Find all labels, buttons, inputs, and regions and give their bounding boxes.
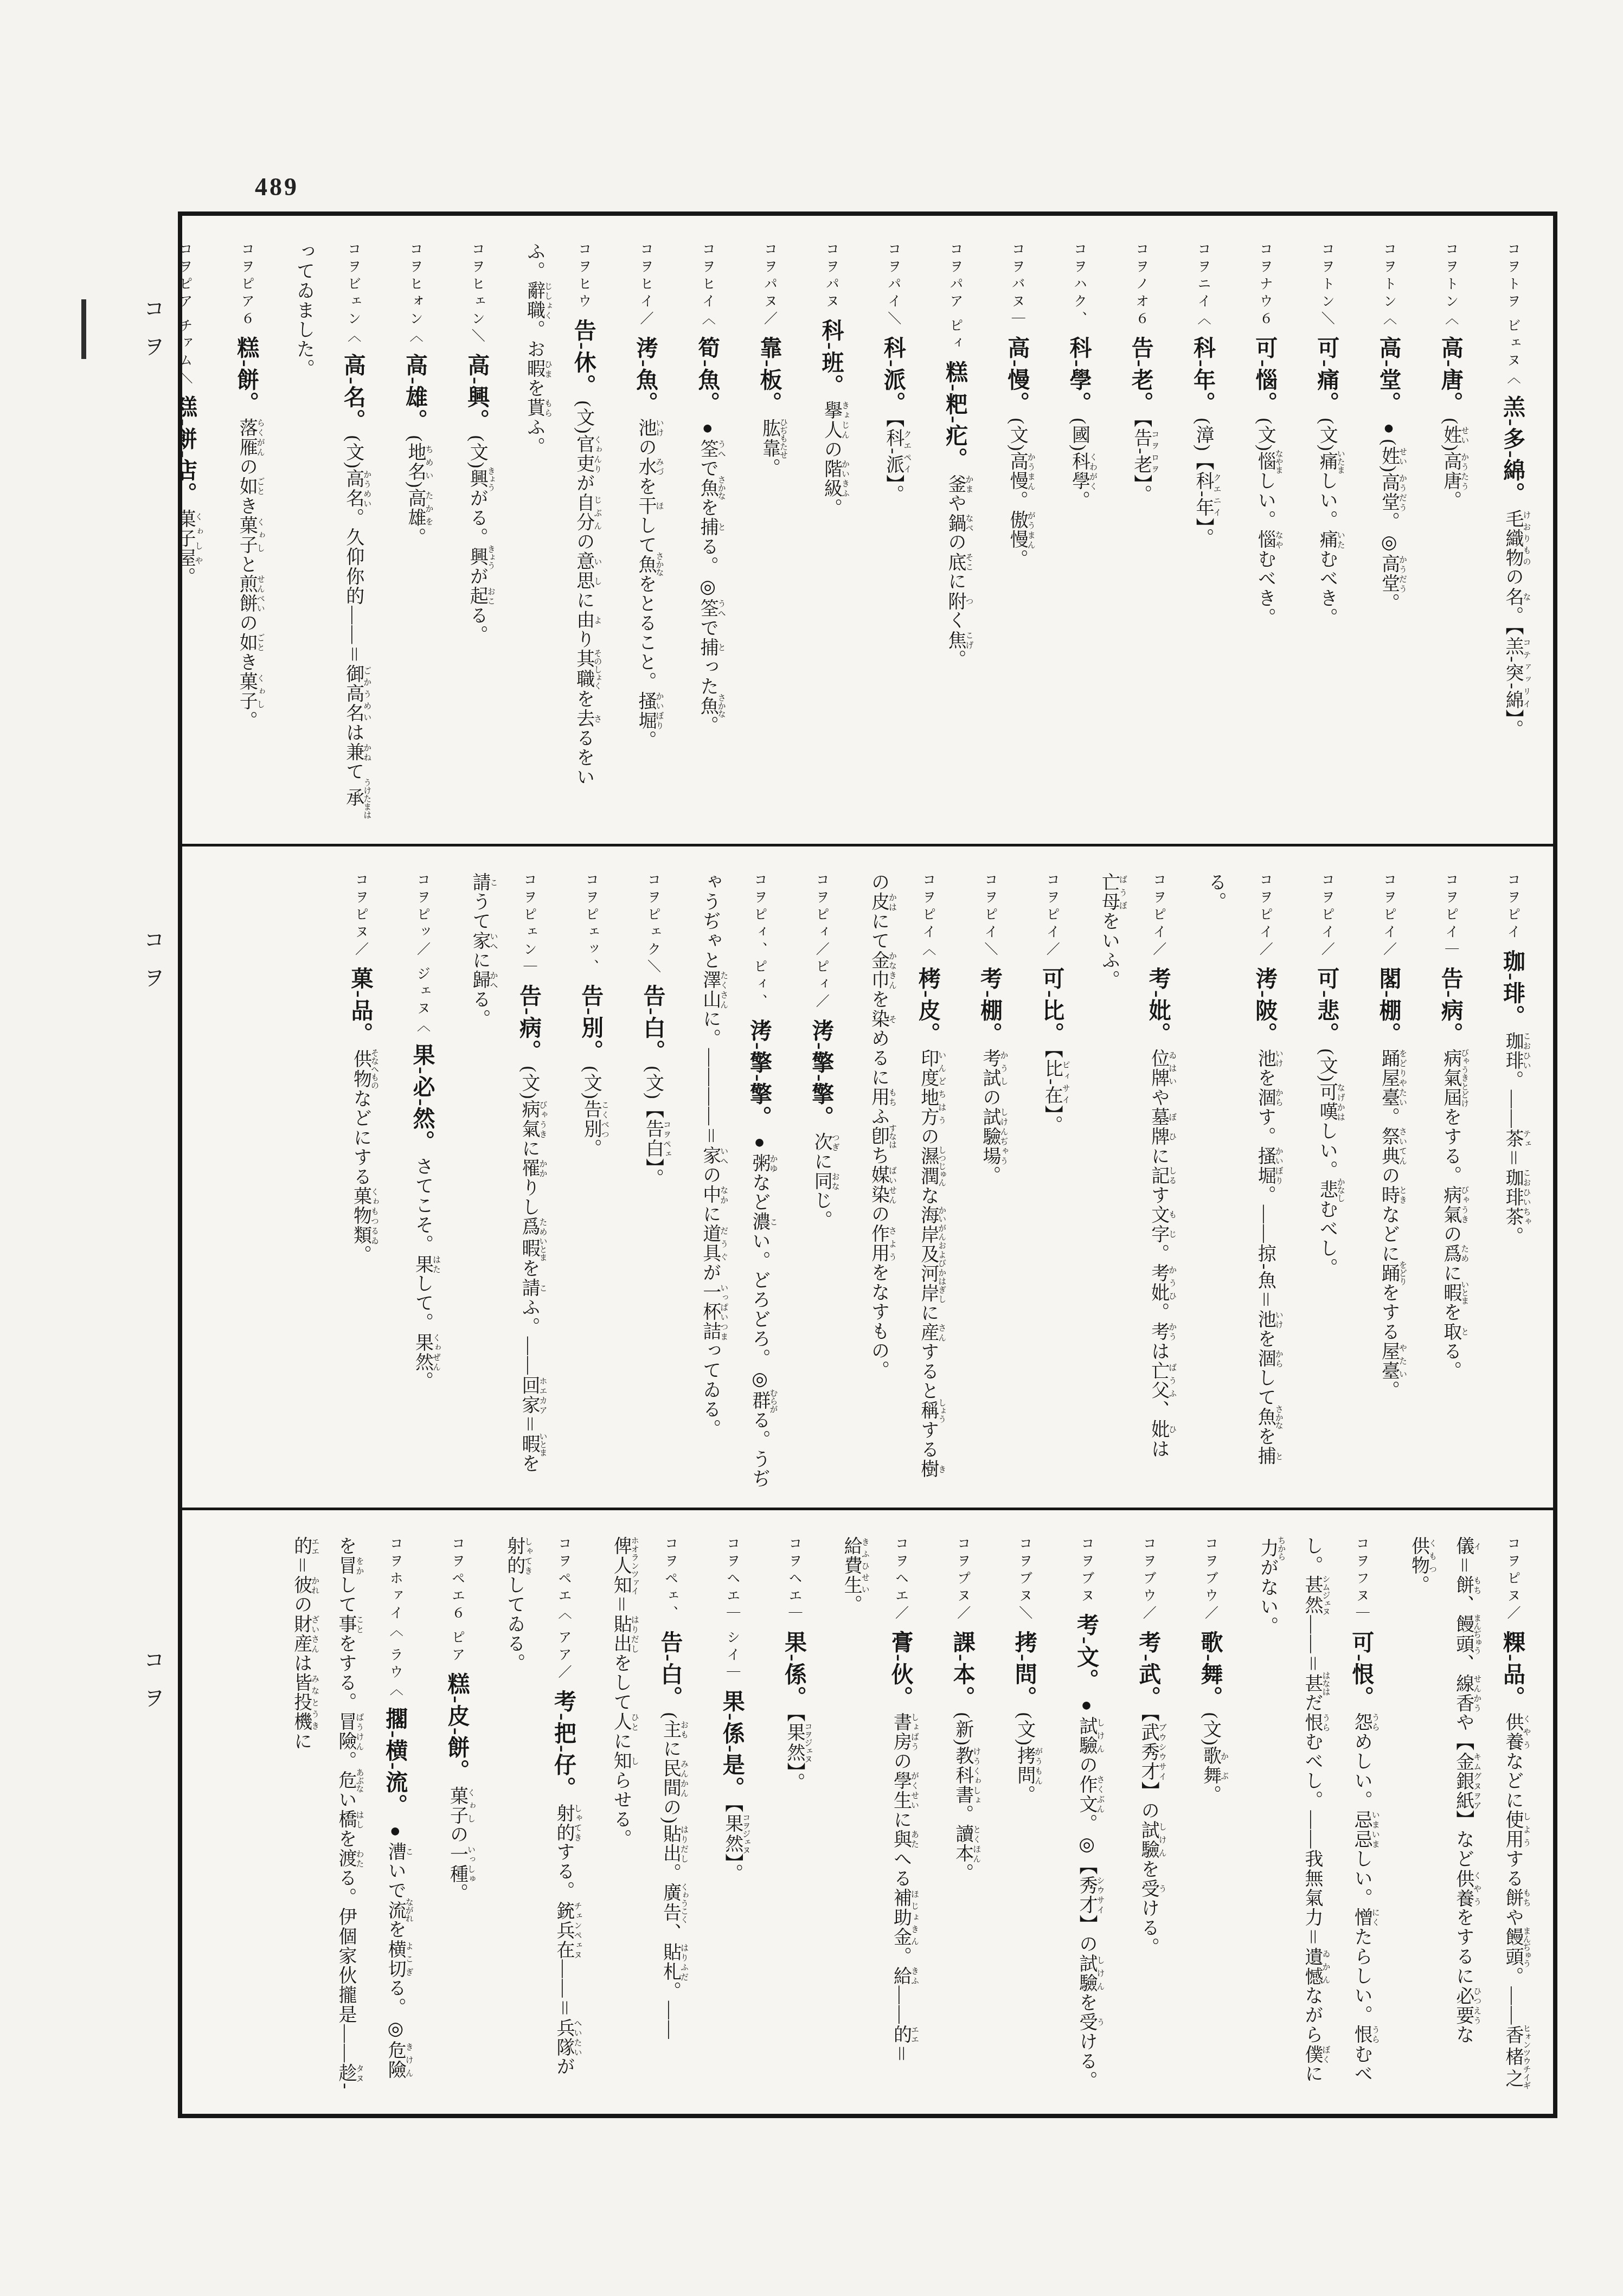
entry-reading: コヲホァイ〈 ラウ〈 xyxy=(388,1536,402,1707)
entry-headword: 羔-多-綿。 xyxy=(1500,395,1525,509)
entry-reading: コヲパア ピィ xyxy=(948,242,963,361)
entry-definition: (文)惱なやましい。惱なやむべき。 xyxy=(1255,418,1275,628)
entry-reading: コヲナウ６ xyxy=(1258,242,1272,336)
entry-reading: コヲトン〈 xyxy=(1444,242,1458,336)
entry-reading: コヲピイ／ xyxy=(1044,873,1059,967)
entry-definition: 落雁らくがんの如ごとき菓子くゎしと煎餅せんべいの如ごとき菓子くゎし。 xyxy=(236,418,256,730)
dict-entry: コヲピイ珈-琲。珈琲こおひい。――茶テェ＝珈琲茶こおひいちゃ。 xyxy=(1485,873,1539,1489)
entry-definition: 毛織物けおりものの名な。【羔-突-綿コテァッリイ】。 xyxy=(1503,509,1523,740)
dict-entry: コヲピェン｜告-病。(文)病氣びゃうきに罹かかりし爲ため暇いとまを請こふ。――回… xyxy=(457,873,555,1489)
entry-definition: 【科-派クエペイ】。 xyxy=(883,418,903,504)
entry-reading: コヲピェク＼ xyxy=(646,873,660,984)
entry-headword: 果-係-是。 xyxy=(720,1690,745,1803)
entry-reading: コヲトン＼ xyxy=(1319,242,1334,336)
dict-entry: コヲヒイ／洘-魚。池いけの水みづを干ほして魚さかなをとること。搔堀かいぼり。 xyxy=(618,242,672,825)
dict-entry: コヲパヌ／靠-板。肱靠ひぢもたせ。 xyxy=(742,242,796,825)
entry-headword: 洘-擎-擎。 xyxy=(809,1019,833,1132)
entry-reading: コヲピイ／ xyxy=(1382,873,1396,967)
entry-reading: コヲパヌ xyxy=(824,242,839,319)
entry-reading: コヲピェッ、 xyxy=(583,873,598,984)
entry-reading: コヲブウ／ xyxy=(1141,1536,1156,1631)
dict-entry: コヲペエ〈 アア／考-把-仔。射的しゃてきする。銃兵在チェンペェヌ――＝兵隊へい… xyxy=(492,1536,590,2095)
dict-entry: コヲブヌ考-文。●試驗しけんの作文さくぶん。◎【秀才シウサイ】の試驗しけんを受う… xyxy=(1059,1536,1113,2095)
entry-reading: コヲハク、 xyxy=(1072,242,1086,336)
entry-headword: 考-妣。 xyxy=(1146,967,1171,1049)
entry-definition: (文)高慢かうまん。傲慢がうまん。 xyxy=(1007,418,1027,569)
entry-headword: 考-文。 xyxy=(1074,1613,1099,1695)
dict-entry: コヲピェク＼告-白。(文)【告白コヲペェ】。 xyxy=(625,873,679,1489)
dict-entry: コヲピア チァム＼糕-餅-店。菓子屋くゎしや。 xyxy=(182,242,211,825)
entry-definition: (文)興きょうがる。興きょうが起おこる。 xyxy=(467,435,487,645)
dict-entry: コヲピイ＼考-棚。考試かうしの試驗場しけんぢゃう。 xyxy=(963,873,1016,1489)
entry-reading: コヲピア チァム＼ xyxy=(182,242,192,395)
margin-index-label: コヲ xyxy=(136,1649,168,1724)
entry-definition: 踊屋臺をどりやたい。祭典さいてんの時ときなどに踊をどりをする屋臺やたい。 xyxy=(1379,1049,1399,1400)
entry-headword: 糕-餅-店。 xyxy=(182,395,197,509)
entry-definition: (漳)【科-年クエニイ】。 xyxy=(1193,418,1213,548)
entry-headword: 可-痛。 xyxy=(1314,336,1339,418)
entry-headword: 告-老。 xyxy=(1128,336,1153,418)
entry-headword: 菓-品。 xyxy=(348,967,373,1049)
dict-entry: コヲパイ＼科-派。【科-派クエペイ】。 xyxy=(866,242,920,825)
entry-reading: コヲビェン〈 xyxy=(346,242,361,354)
entry-definition: 池いけの水みづを干ほして魚さかなをとること。搔堀かいぼり。 xyxy=(636,418,656,750)
entry-definition: ●(姓せい)高堂かうだう。◎高堂かうだう。 xyxy=(1379,418,1399,613)
entry-headword: 歌-舞。 xyxy=(1198,1631,1223,1713)
entry-reading: コヲピイ｜ xyxy=(1444,873,1458,967)
entry-headword: 糕-餅。 xyxy=(234,336,259,418)
entry-headword: 科-班。 xyxy=(819,319,844,401)
entry-headword: 告-別。 xyxy=(578,984,603,1066)
dict-entry: コヲピヌ／粿-品。供養くやうなどに使用しようする餅もちや饅頭まんぢゅう。――香楮… xyxy=(1396,1536,1539,2095)
entry-reading: コヲペエ〈 アア／ xyxy=(556,1536,571,1690)
dict-entry: コヲブヌ＼拷-問。(文)拷問がうもん。 xyxy=(997,1536,1051,2095)
entry-reading: コヲヒェン＼ xyxy=(470,242,484,354)
entry-headword: 珈-琲。 xyxy=(1500,950,1525,1031)
entry-headword: 高-堂。 xyxy=(1376,336,1401,418)
dict-entry: コヲピイ／閣-棚。踊屋臺をどりやたい。祭典さいてんの時ときなどに踊をどりをする屋… xyxy=(1361,873,1415,1489)
entry-headword: 高-興。 xyxy=(464,354,489,435)
dict-entry: コヲヘエ｜果-係。【果然コヲジェヌ】。 xyxy=(767,1536,820,2095)
entry-headword: 告-白。 xyxy=(657,1631,682,1713)
entry-reading: コヲパイ＼ xyxy=(886,242,901,336)
dict-entry: コヲトン＼可-痛。(文)痛いたましい。痛いたむべき。 xyxy=(1299,242,1353,825)
entry-reading: コヲピィ／ピィ／ xyxy=(814,873,829,1019)
entry-definition: 菓子屋くゎしや。 xyxy=(182,509,195,587)
entry-reading: コヲピイ＼ xyxy=(983,873,997,967)
dict-entry: コヲピイ〈栲-皮。印度地方いんどちはうの濕潤しつじゅんな海岸及河岸かいがんおよび… xyxy=(856,873,954,1489)
entry-reading: コヲピェン｜ xyxy=(522,873,536,984)
entry-definition: さてこそ。果はたして。果然くゎぜん。 xyxy=(413,1157,433,1391)
entry-reading: コヲトン〈 xyxy=(1382,242,1396,336)
entry-headword: 告-白。 xyxy=(640,984,665,1066)
dict-entry: コヲピイ／考-妣。位牌ゐはいや墓牌ぼひに記しるす文字もじ。考妣かうひ。考かうは亡… xyxy=(1086,873,1184,1489)
entry-definition: (文)【告白コヲペェ】。 xyxy=(643,1066,663,1189)
entry-reading: コヲペエ６ ピア xyxy=(450,1536,465,1672)
dict-entry: コヲピイ／可-比。【比-在ピィサイ】。 xyxy=(1024,873,1078,1489)
entry-definition: ●試驗しけんの作文さくぶん。◎【秀才シウサイ】の試驗しけんを受うける。 xyxy=(1076,1695,1096,2090)
entry-definition: 【武秀才ブウシウサイ】の試驗しけんを受うける。 xyxy=(1138,1713,1158,1957)
entry-reading: コヲヒォン〈 xyxy=(408,242,422,354)
dict-entry: コヲピッ／ ジェヌ〈果-必-然。さてこそ。果はたして。果然くゎぜん。 xyxy=(395,873,448,1489)
entry-reading: コヲパヌ／ xyxy=(762,242,777,336)
entry-reading: コヲピイ／ xyxy=(1319,873,1334,967)
dict-entry: コヲピイ／可-悲。(文)可嘆なげかはしい。悲かなしむべし。 xyxy=(1299,873,1353,1489)
entry-definition: 考試かうしの試驗場しけんぢゃう。 xyxy=(980,1049,1000,1185)
entry-reading: コヲピア６ xyxy=(239,242,254,336)
dict-entry: コヲヘエ｜ シイ｜果-係-是。【果然コヲジェヌ】。 xyxy=(704,1536,758,2095)
entry-reading: コヲピイ／ xyxy=(1258,873,1272,967)
entry-definition: 【告-老コヲロヲ】。 xyxy=(1131,418,1151,504)
margin-index-label: コヲ xyxy=(136,297,168,373)
entry-headword: 糕-粑-疕。 xyxy=(942,361,967,474)
entry-headword: 筍-魚。 xyxy=(695,336,720,418)
entry-reading: コヲニイ〈 xyxy=(1196,242,1210,336)
entry-reading: コヲブヌ xyxy=(1079,1536,1094,1613)
entry-headword: 考-棚。 xyxy=(977,967,1002,1049)
dict-entry: コヲヒウ告-休。(文)官吏くゎんりが自分じぶんの意思いしに由より其職そのしょくを… xyxy=(511,242,610,825)
dict-entry: コヲヒイ〈筍-魚。●筌うへで魚さかなを捕とる。◎筌うへで捕とった魚さかな。 xyxy=(680,242,734,825)
entry-reading: コヲピィ、ピィ、 xyxy=(752,873,767,1019)
entry-definition: (地名ちめい)高雄たかを。 xyxy=(405,435,425,548)
dict-entry: コヲナウ６可-惱。(文)惱なやましい。惱なやむべき。 xyxy=(1237,242,1291,825)
page-frame: コヲトヲ ビェヌ〈羔-多-綿。毛織物けおりものの名な。【羔-突-綿コテァッリイ】… xyxy=(178,211,1557,2118)
dict-entry: コヲヒェン＼高-興。(文)興きょうがる。興きょうが起おこる。 xyxy=(450,242,503,825)
entry-reading: コヲヘエ｜ シイ｜ xyxy=(725,1536,740,1690)
entry-reading: コヲピイ／ xyxy=(1151,873,1166,967)
entry-reading: コヲバヌ｜ xyxy=(1010,242,1024,336)
entry-definition: 肱靠ひぢもたせ。 xyxy=(759,418,779,478)
dict-entry: コヲペェ、告-白。(主おもに民間みんかんの)貼出はりだし。廣告くゎうこく、貼札は… xyxy=(598,1536,696,2095)
entry-definition: 【果然コヲジェヌ】。 xyxy=(722,1804,742,1884)
dict-entry: コヲフヌ｜可-恨。怨うらめしい。忌忌いまいましい。憎にくたらしい。恨うらむべし。… xyxy=(1245,1536,1388,2095)
dict-entry: コヲピィ／ピィ／洘-擎-擎。次つぎに同おなじ。 xyxy=(794,873,848,1489)
entry-headword: 科-年。 xyxy=(1190,336,1215,418)
entry-headword: 果-係。 xyxy=(781,1631,806,1713)
dict-entry: コヲトヲ ビェヌ〈羔-多-綿。毛織物けおりものの名な。【羔-突-綿コテァッリイ】… xyxy=(1485,242,1539,825)
dict-entry: コヲブウ／歌-舞。(文)歌舞かぶ。 xyxy=(1183,1536,1236,2095)
entry-definition: 珈琲こおひい。――茶テェ＝珈琲茶こおひいちゃ。 xyxy=(1503,1031,1523,1246)
entry-headword: 洘-陂。 xyxy=(1252,967,1277,1049)
dict-entry: コヲパヌ科-班。擧人きょじんの階級かいきふ。 xyxy=(804,242,857,825)
entry-headword: 閣-棚。 xyxy=(1376,967,1401,1049)
entry-reading: コヲピヌ／ xyxy=(353,873,368,967)
entry-definition: (文)拷問がうもん。 xyxy=(1015,1713,1035,1805)
entry-headword: 可-惱。 xyxy=(1252,336,1277,418)
entry-reading: コヲヒイ／ xyxy=(638,242,653,336)
entry-reading: コヲピッ／ ジェヌ〈 xyxy=(415,873,430,1043)
entry-definition: (文)歌舞かぶ。 xyxy=(1201,1713,1221,1805)
entry-headword: 告-病。 xyxy=(516,984,541,1066)
entry-definition: 【果然コヲジェヌ】。 xyxy=(784,1713,804,1793)
scan-gutter-artifact xyxy=(81,299,86,359)
entry-definition: (國)科學くわがく。 xyxy=(1069,418,1089,511)
entry-headword: 高-名。 xyxy=(341,354,365,435)
entry-reading: コヲヘエ／ xyxy=(893,1536,908,1631)
entry-definition: 供物そなへものなどにする菓物類くゎもつるゐ。 xyxy=(350,1049,370,1265)
entry-definition: (姓せい)高唐かうたう。 xyxy=(1441,418,1461,511)
entry-headword: 高-唐。 xyxy=(1438,336,1463,418)
dict-entry: コヲハク、科-學。(國)科學くわがく。 xyxy=(1051,242,1105,825)
entry-reading: コヲピヌ／ xyxy=(1505,1536,1520,1631)
entry-headword: 告-病。 xyxy=(1438,967,1463,1049)
entry-definition: 菓子くゎしの一種いっしゅ。 xyxy=(447,1786,467,1903)
entry-definition: (文)告別こくべつ。 xyxy=(581,1066,601,1159)
entry-reading: コヲブウ／ xyxy=(1203,1536,1218,1631)
entry-headword: 科-派。 xyxy=(881,336,906,418)
entry-headword: 科-學。 xyxy=(1066,336,1091,418)
margin-index-label: コヲ xyxy=(136,928,168,1004)
dictionary-band-1: コヲトヲ ビェヌ〈羔-多-綿。毛織物けおりものの名な。【羔-突-綿コテァッリイ】… xyxy=(182,216,1553,844)
entry-reading: コヲノオ６ xyxy=(1134,242,1149,336)
dict-entry: コヲヒォン〈高-雄。(地名ちめい)高雄たかを。 xyxy=(388,242,441,825)
entry-headword: 膏-伙。 xyxy=(888,1631,913,1713)
entry-headword: 粿-品。 xyxy=(1500,1631,1525,1713)
entry-reading: コヲヒイ〈 xyxy=(700,242,715,336)
entry-reading: コヲブヌ＼ xyxy=(1017,1536,1032,1631)
entry-headword: 考-把-仔。 xyxy=(551,1690,576,1803)
entry-headword: 高-雄。 xyxy=(402,354,427,435)
dict-entry: コヲノオ６告-老。【告-老コヲロヲ】。 xyxy=(1113,242,1167,825)
dict-entry: コヲピイ／洘-陂。池いけを涸からす。搔堀かいぼり。――掠-魚＝池いけを涸からして… xyxy=(1193,873,1291,1489)
entry-definition: 【比-在ピィサイ】。 xyxy=(1042,1049,1062,1135)
entry-reading: コヲプヌ／ xyxy=(955,1536,970,1631)
entry-headword: 可-比。 xyxy=(1039,967,1064,1049)
entry-headword: 栲-皮。 xyxy=(915,967,940,1049)
entry-headword: 拷-問。 xyxy=(1012,1631,1037,1713)
entry-headword: 高-慢。 xyxy=(1004,336,1029,418)
entry-headword: 擱-横-流。 xyxy=(382,1707,407,1820)
dict-entry: コヲピェッ、告-別。(文)告別こくべつ。 xyxy=(563,873,617,1489)
entry-headword: 洘-魚。 xyxy=(633,336,658,418)
entry-headword: 靠-板。 xyxy=(756,336,781,418)
dict-entry: コヲパア ピィ糕-粑-疕。釜かまや鍋なべの底そこに附つく焦こげ。 xyxy=(928,242,982,825)
dict-entry: コヲペエ６ ピア糕-皮-餅。菓子くゎしの一種いっしゅ。 xyxy=(429,1536,483,2095)
dict-entry: コヲトン〈高-堂。●(姓せい)高堂かうだう。◎高堂かうだう。 xyxy=(1361,242,1415,825)
entry-definition: 次つぎに同おなじ。 xyxy=(811,1132,831,1230)
entry-definition: 擧人きょじんの階級かいきふ。 xyxy=(822,401,842,518)
dict-entry: コヲブウ／考-武。【武秀才ブウシウサイ】の試驗しけんを受うける。 xyxy=(1121,1536,1175,2095)
entry-headword: 考-武。 xyxy=(1136,1631,1160,1713)
dict-entry: コヲピヌ／菓-品。供物そなへものなどにする菓物類くゎもつるゐ。 xyxy=(333,873,387,1489)
dict-entry: コヲトン〈高-唐。(姓せい)高唐かうたう。 xyxy=(1423,242,1477,825)
entry-definition: ●筌うへで魚さかなを捕とる。◎筌うへで捕とった魚さかな。 xyxy=(697,418,717,735)
dictionary-band-2: コヲピイ珈-琲。珈琲こおひい。――茶テェ＝珈琲茶こおひいちゃ。コヲピイ｜告-病。… xyxy=(182,844,1553,1508)
dict-entry: コヲヘエ／膏-伙。書房しょばうの學生がくせいに與あたへる補助金ほじょきん。給きふ… xyxy=(829,1536,927,2095)
entry-reading: コヲペェ、 xyxy=(663,1536,677,1631)
entry-headword: 果-必-然。 xyxy=(410,1043,435,1157)
dictionary-band-3: コヲピヌ／粿-品。供養くやうなどに使用しようする餅もちや饅頭まんぢゅう。――香楮… xyxy=(182,1508,1553,2114)
dict-entry: コヲビェン〈高-名。(文)高名かうめい。久仰你的――＝御高名ごかうめいは兼かねて… xyxy=(281,242,379,825)
entry-reading: コヲヘエ｜ xyxy=(787,1536,801,1631)
entry-headword: 糕-皮-餅。 xyxy=(445,1672,470,1786)
entry-headword: 可-悲。 xyxy=(1314,967,1339,1049)
page-number: 489 xyxy=(255,172,299,201)
entry-reading: コヲトヲ ビェヌ〈 xyxy=(1505,242,1520,395)
entry-headword: 可-恨。 xyxy=(1349,1631,1374,1713)
entry-reading: コヲピイ〈 xyxy=(921,873,935,967)
dict-entry: コヲホァイ〈 ラウ〈擱-横-流。●漕こいで流ながれを横切よこぎる。◎危險きけんを… xyxy=(279,1536,422,2095)
dict-entry: コヲニイ〈科-年。(漳)【科-年クエニイ】。 xyxy=(1176,242,1229,825)
entry-headword: 告-休。 xyxy=(571,319,596,401)
dict-entry: コヲピイ｜告-病。病氣屆びゃうきとどけをする。病氣びゃうきの爲ために暇いとまを取… xyxy=(1423,873,1477,1489)
entry-reading: コヲフヌ｜ xyxy=(1354,1536,1369,1631)
dict-entry: コヲプヌ／課-本。(新)教科書けうくゎしょ。讀本とくほん。 xyxy=(935,1536,989,2095)
entry-headword: 課-本。 xyxy=(950,1631,975,1713)
dict-entry: コヲピア６糕-餅。落雁らくがんの如ごとき菓子くゎしと煎餅せんべいの如ごとき菓子く… xyxy=(219,242,273,825)
entry-headword: 洘-擎-擎。 xyxy=(747,1019,772,1132)
entry-definition: (文)痛いたましい。痛いたむべき。 xyxy=(1317,418,1337,628)
entry-definition: 病氣屆びゃうきとどけをする。病氣びゃうきの爲ために暇いとまを取とる。 xyxy=(1441,1049,1461,1381)
dict-entry: コヲバヌ｜高-慢。(文)高慢かうまん。傲慢がうまん。 xyxy=(990,242,1043,825)
dict-entry: コヲピィ、ピィ、洘-擎-擎。●粥かゆなど濃こい。どろどろ。◎群むらがる。うぢゃう… xyxy=(688,873,786,1489)
entry-definition: 釜かまや鍋なべの底そこに附つく焦こげ。 xyxy=(945,474,965,670)
entry-definition: (新)教科書けうくゎしょ。讀本とくほん。 xyxy=(953,1713,973,1883)
entry-definition: (文)可嘆なげかはしい。悲かなしむべし。 xyxy=(1317,1049,1337,1278)
entry-reading: コヲヒウ xyxy=(576,242,591,319)
entry-reading: コヲピイ xyxy=(1505,873,1520,950)
